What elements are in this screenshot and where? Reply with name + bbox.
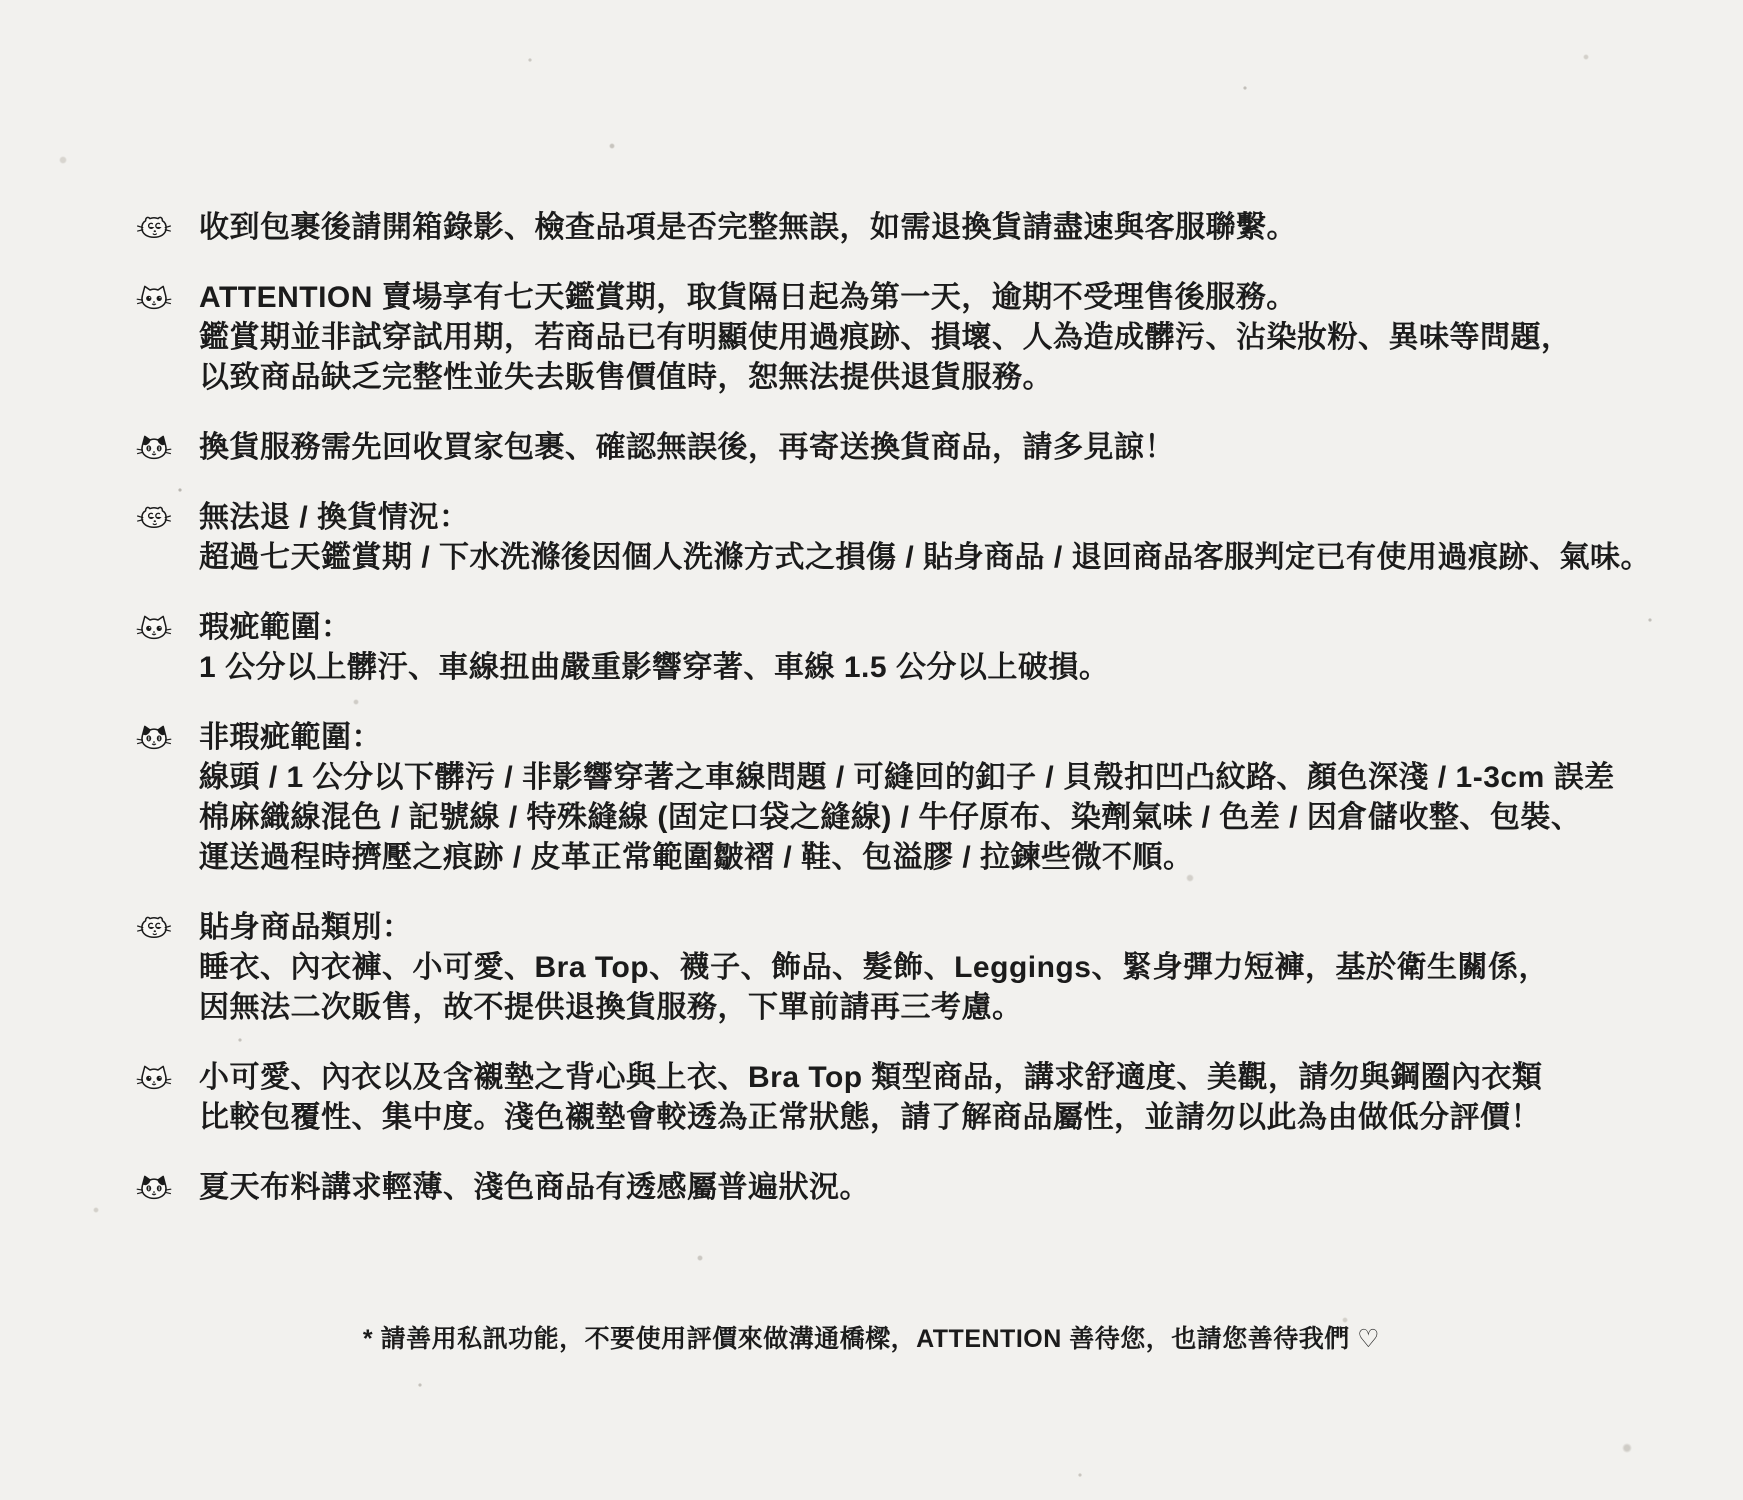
notice-line: 換貨服務需先回收買家包裹、確認無誤後，再寄送換貨商品，請多見諒！ bbox=[199, 428, 1175, 468]
cat-black-ears-icon bbox=[133, 1172, 175, 1204]
notice-line: 棉麻織線混色 / 記號線 / 特殊縫線 (固定口袋之縫線) / 牛仔原布、染劑氣… bbox=[199, 798, 1615, 838]
notice-item: 瑕疵範圍： 1 公分以上髒汙、車線扭曲嚴重影響穿著、車線 1.5 公分以上破損。 bbox=[133, 608, 1703, 688]
notice-line: 1 公分以上髒汙、車線扭曲嚴重影響穿著、車線 1.5 公分以上破損。 bbox=[199, 648, 1109, 688]
notice-line: 因無法二次販售，故不提供退換貨服務，下單前請再三考慮。 bbox=[199, 988, 1549, 1028]
cat-round-eyes-icon bbox=[133, 1062, 175, 1094]
notice-line: 夏天布料講求輕薄、淺色商品有透感屬普遍狀況。 bbox=[199, 1168, 870, 1208]
notice-list: 收到包裹後請開箱錄影、檢查品項是否完整無誤，如需退換貨請盡速與客服聯繫。 ATT… bbox=[133, 208, 1703, 1238]
cat-round-eyes-icon bbox=[133, 282, 175, 314]
cat-swirl-eyes-icon bbox=[133, 212, 175, 244]
footer-note: * 請善用私訊功能，不要使用評價來做溝通橋樑，ATTENTION 善待您，也請您… bbox=[0, 1322, 1743, 1356]
notice-line: 瑕疵範圍： bbox=[199, 608, 1109, 648]
notice-item: 夏天布料講求輕薄、淺色商品有透感屬普遍狀況。 bbox=[133, 1168, 1703, 1208]
notice-line: 鑑賞期並非試穿試用期，若商品已有明顯使用過痕跡、損壞、人為造成髒污、沾染妝粉、異… bbox=[199, 318, 1572, 358]
notice-line: 以致商品缺乏完整性並失去販售價值時，恕無法提供退貨服務。 bbox=[199, 358, 1572, 398]
notice-line: 小可愛、內衣以及含襯墊之背心與上衣、Bra Top 類型商品，講求舒適度、美觀，… bbox=[199, 1058, 1542, 1098]
notice-line: 睡衣、內衣褲、小可愛、Bra Top、襪子、飾品、髮飾、Leggings、緊身彈… bbox=[199, 948, 1549, 988]
notice-line: 比較包覆性、集中度。淺色襯墊會較透為正常狀態，請了解商品屬性，並請勿以此為由做低… bbox=[199, 1098, 1542, 1138]
notice-item: 收到包裹後請開箱錄影、檢查品項是否完整無誤，如需退換貨請盡速與客服聯繫。 bbox=[133, 208, 1703, 248]
notice-item: 貼身商品類別： 睡衣、內衣褲、小可愛、Bra Top、襪子、飾品、髮飾、Legg… bbox=[133, 908, 1703, 1028]
notice-item: 小可愛、內衣以及含襯墊之背心與上衣、Bra Top 類型商品，講求舒適度、美觀，… bbox=[133, 1058, 1703, 1138]
notice-line: ATTENTION 賣場享有七天鑑賞期，取貨隔日起為第一天，逾期不受理售後服務。 bbox=[199, 278, 1572, 318]
notice-line: 無法退 / 換貨情況： bbox=[199, 498, 1651, 538]
cat-swirl-eyes-icon bbox=[133, 912, 175, 944]
notice-line: 貼身商品類別： bbox=[199, 908, 1549, 948]
cat-black-ears-icon bbox=[133, 722, 175, 754]
notice-item: 無法退 / 換貨情況： 超過七天鑑賞期 / 下水洗滌後因個人洗滌方式之損傷 / … bbox=[133, 498, 1703, 578]
notice-item: 非瑕疵範圍： 線頭 / 1 公分以下髒污 / 非影響穿著之車線問題 / 可縫回的… bbox=[133, 718, 1703, 878]
notice-item: 換貨服務需先回收買家包裹、確認無誤後，再寄送換貨商品，請多見諒！ bbox=[133, 428, 1703, 468]
notice-line: 線頭 / 1 公分以下髒污 / 非影響穿著之車線問題 / 可縫回的釦子 / 貝殼… bbox=[199, 758, 1615, 798]
notice-item: ATTENTION 賣場享有七天鑑賞期，取貨隔日起為第一天，逾期不受理售後服務。… bbox=[133, 278, 1703, 398]
cat-round-eyes-icon bbox=[133, 612, 175, 644]
cat-black-ears-icon bbox=[133, 432, 175, 464]
notice-line: 運送過程時擠壓之痕跡 / 皮革正常範圍皺褶 / 鞋、包溢膠 / 拉鍊些微不順。 bbox=[199, 838, 1615, 878]
notice-line: 收到包裹後請開箱錄影、檢查品項是否完整無誤，如需退換貨請盡速與客服聯繫。 bbox=[199, 208, 1297, 248]
notice-line: 超過七天鑑賞期 / 下水洗滌後因個人洗滌方式之損傷 / 貼身商品 / 退回商品客… bbox=[199, 538, 1651, 578]
notice-line: 非瑕疵範圍： bbox=[199, 718, 1615, 758]
cat-swirl-eyes-icon bbox=[133, 502, 175, 534]
